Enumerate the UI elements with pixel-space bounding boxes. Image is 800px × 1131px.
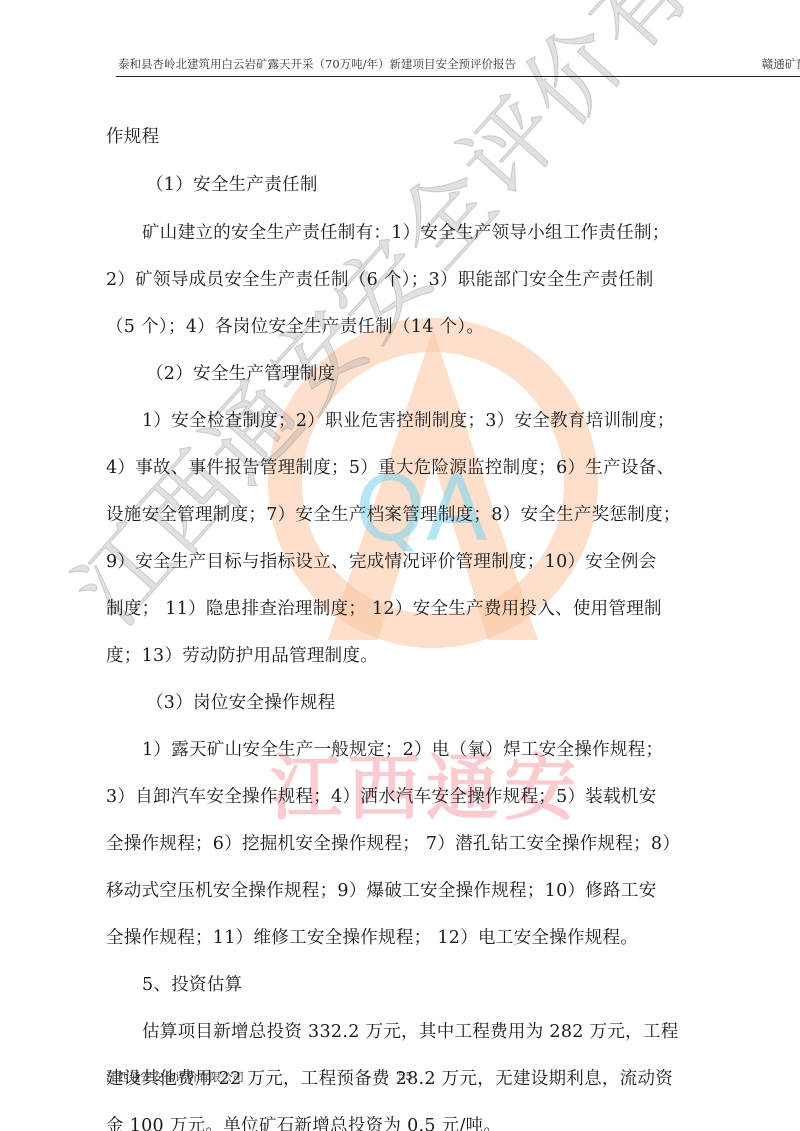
section-heading: （3）岗位安全操作规程 bbox=[146, 689, 335, 714]
footer-company: 江西通安安全评价有限公司 bbox=[106, 1069, 244, 1085]
text-line: 9）安全生产目标与指标设立、完成情况评价管理制度；10）安全例会 bbox=[106, 548, 657, 573]
text-line: 估算项目新增总投资 332.2 万元，其中工程费用为 282 万元，工程 bbox=[142, 1018, 679, 1043]
text-line: 4）事故、事件报告管理制度；5）重大危险源监控制度；6）生产设备、 bbox=[106, 454, 674, 479]
section-heading: 5、投资估算 bbox=[142, 971, 242, 996]
text-line: 制度； 11）隐患排查治理制度； 12）安全生产费用投入、使用管理制 bbox=[106, 595, 662, 620]
document-number: 赣通矿预评字（[2023]008号 bbox=[762, 56, 800, 72]
text-line: 移动式空压机安全操作规程；9）爆破工安全操作规程；10）修路工安 bbox=[106, 877, 657, 902]
text-line: 1）露天矿山安全生产一般规定；2）电（氧）焊工安全操作规程； bbox=[142, 736, 663, 761]
text-line: 矿山建立的安全生产责任制有：1）安全生产领导小组工作责任制； bbox=[142, 219, 670, 244]
text-line: 1）安全检查制度；2）职业危害控制制度；3）安全教育培训制度； bbox=[142, 407, 675, 432]
text-line: 金 100 万元。单位矿石新增总投资为 0.5 元/吨。 bbox=[106, 1112, 501, 1131]
report-title: 泰和县杏岭北建筑用白云岩矿露天开采（70万吨/年）新建项目安全预评价报告 bbox=[118, 56, 516, 72]
text-line: （5 个）；4）各岗位安全生产责任制（14 个）。 bbox=[106, 313, 484, 338]
text-line: 2）矿领导成员安全生产责任制（6 个）；3）职能部门安全生产责任制 bbox=[106, 266, 654, 291]
text-line: 设施安全管理制度；7）安全生产档案管理制度；8）安全生产奖惩制度； bbox=[106, 501, 681, 526]
section-heading: （2）安全生产管理制度 bbox=[146, 360, 335, 385]
text-line: 3）自卸汽车安全操作规程；4）洒水汽车安全操作规程；5）装载机安 bbox=[106, 783, 657, 808]
watermark-logo-a-icon bbox=[268, 300, 598, 680]
text-line: 作规程 bbox=[106, 123, 159, 148]
page-header: 泰和县杏岭北建筑用白云岩矿露天开采（70万吨/年）新建项目安全预评价报告 赣通矿… bbox=[116, 54, 800, 77]
section-heading: （1）安全生产责任制 bbox=[146, 171, 318, 196]
text-line: 度；13）劳动防护用品管理制度。 bbox=[106, 642, 378, 667]
text-line: 全操作规程；11）维修工安全操作规程； 12）电工安全操作规程。 bbox=[106, 924, 638, 949]
page-number: 55 bbox=[398, 1069, 413, 1083]
text-line: 全操作规程；6）挖掘机安全操作规程； 7）潜孔钻工安全操作规程；8） bbox=[106, 830, 680, 855]
